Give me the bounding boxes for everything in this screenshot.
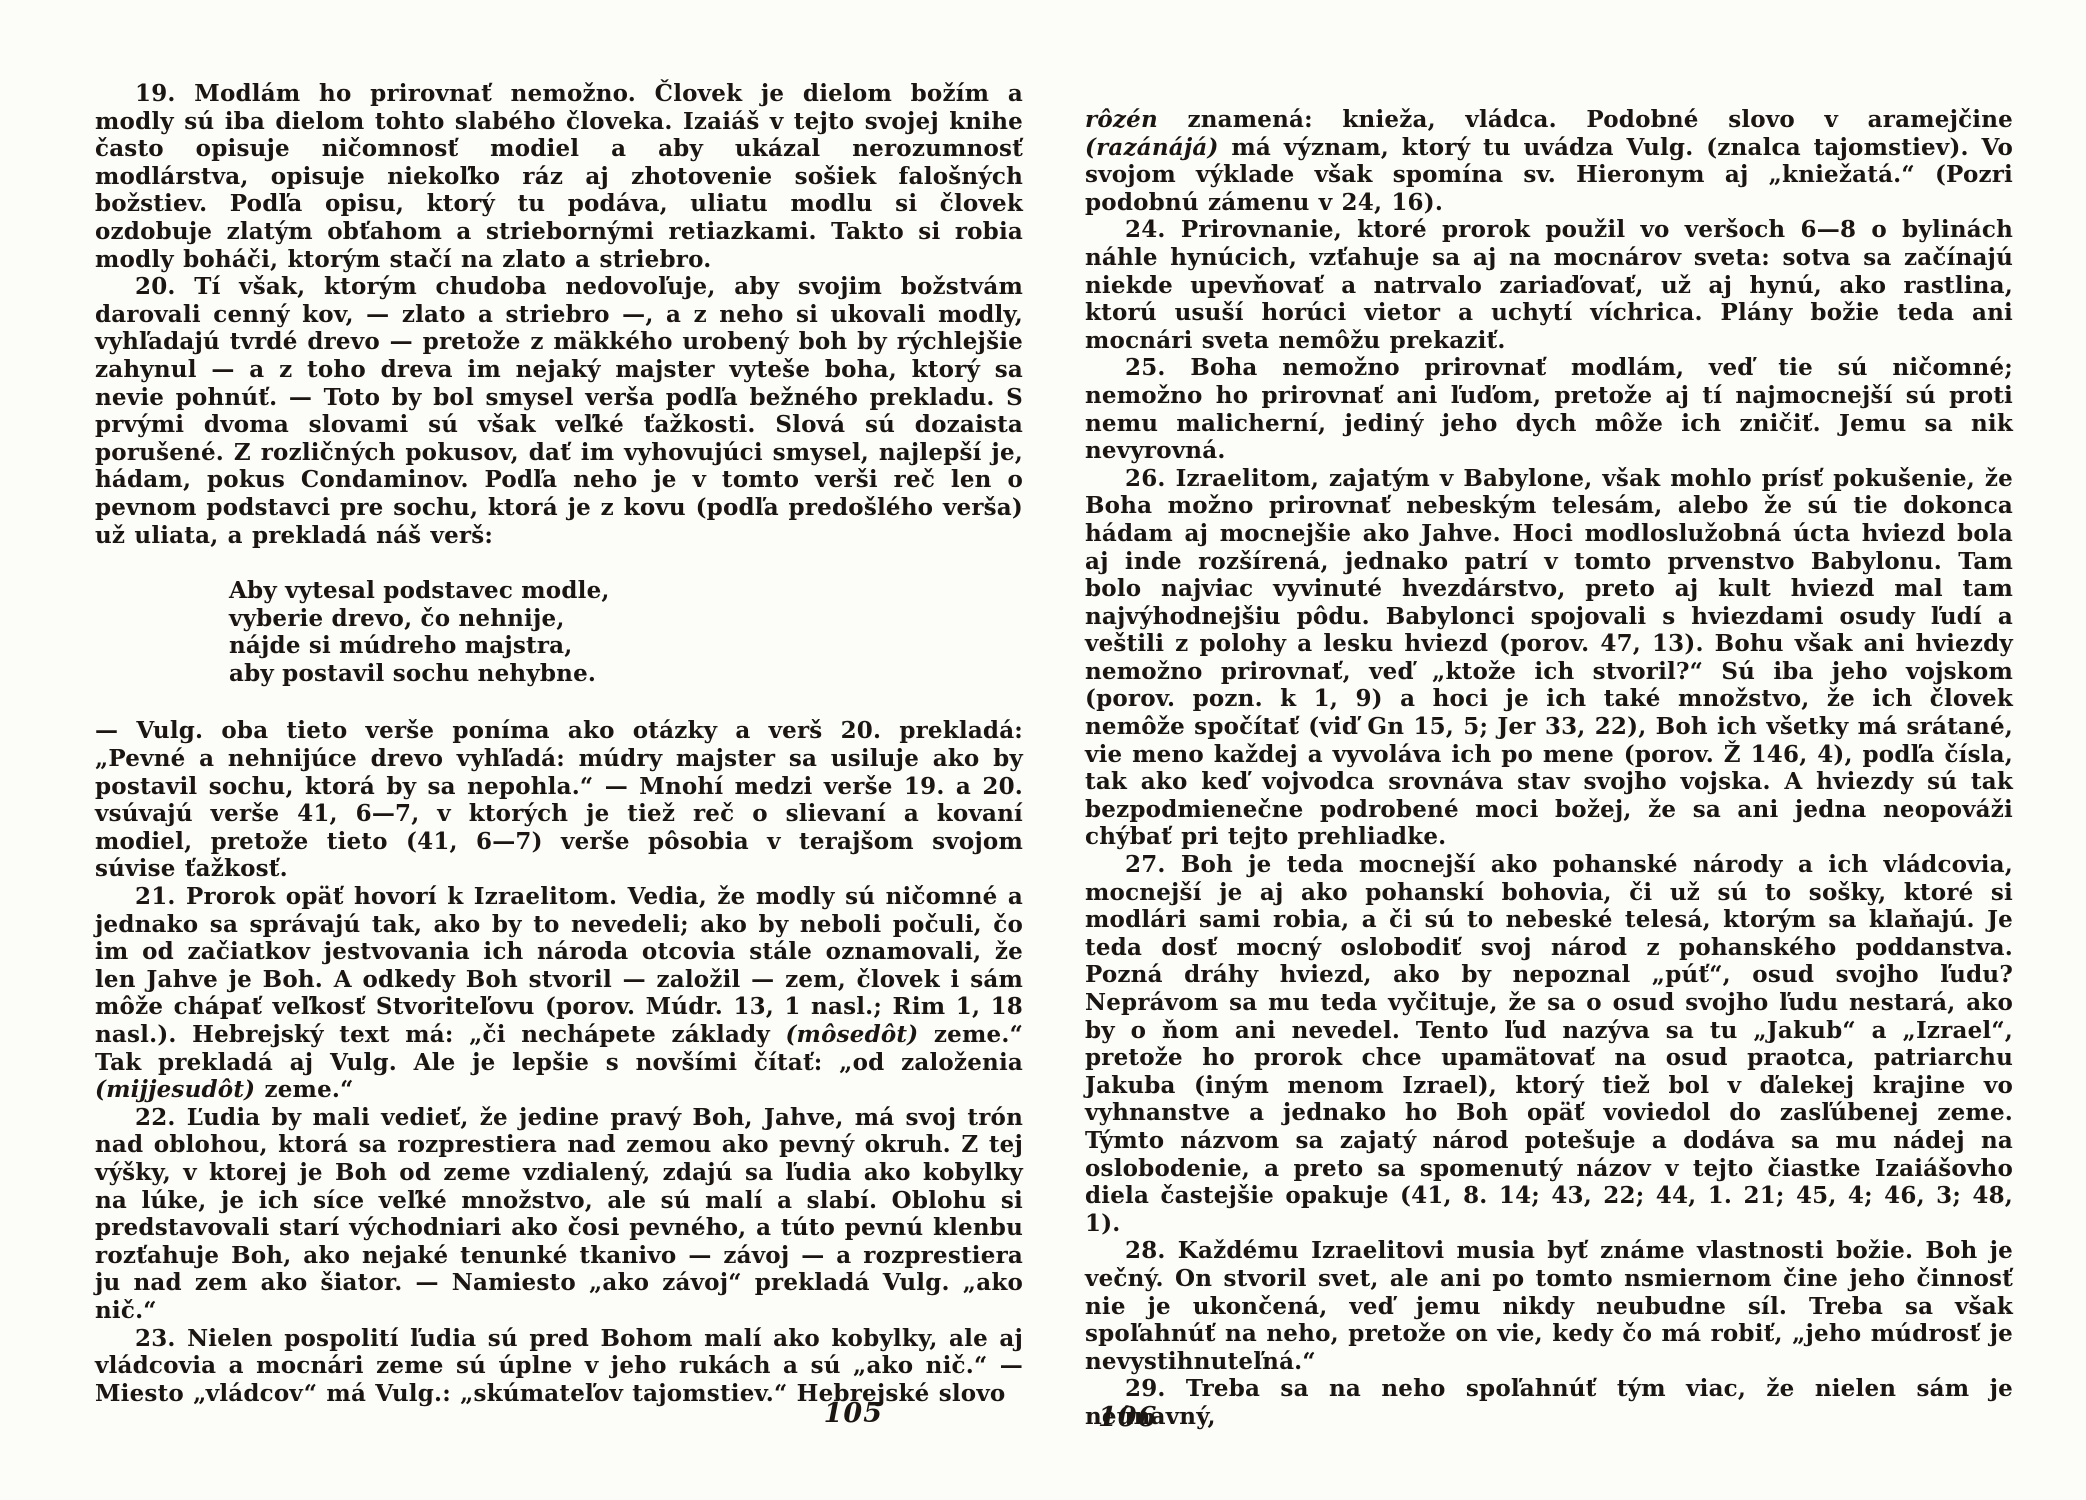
page-number-right: 106	[1098, 1402, 1157, 1433]
paragraph-21: 21. Prorok opäť hovorí k Izraelitom. Ved…	[95, 883, 1023, 1104]
verse-line: vyberie drevo, čo nehnije,	[229, 605, 1023, 633]
verse-line: aby postavil sochu nehybne.	[229, 660, 1023, 688]
page-right: rôzén znamená: knieža, vládca. Podobné s…	[1085, 0, 2013, 1431]
paragraph-23-continued: rôzén znamená: knieža, vládca. Podobné s…	[1085, 106, 2013, 216]
paragraph-24: 24. Prirovnanie, ktoré prorok použil vo …	[1085, 216, 2013, 354]
verse-line: nájde si múdreho majstra,	[229, 632, 1023, 660]
book-spread: 19. Modlám ho prirovnať nemožno. Človek …	[0, 0, 2086, 1500]
verse-line: Aby vytesal podstavec modle,	[229, 577, 1023, 605]
page-left: 19. Modlám ho prirovnať nemožno. Človek …	[95, 0, 1023, 1407]
paragraph-23: 23. Nielen pospolití ľudia sú pred Bohom…	[95, 1325, 1023, 1408]
paragraph-22: 22. Ľudia by mali vedieť, že jedine prav…	[95, 1104, 1023, 1325]
paragraph-27: 27. Boh je teda mocnejší ako pohanské ná…	[1085, 851, 2013, 1237]
verse-block: Aby vytesal podstavec modle, vyberie dre…	[229, 577, 1023, 687]
paragraph-29: 29. Treba sa na neho spoľahnúť tým viac,…	[1085, 1375, 2013, 1430]
paragraph-20: 20. Tí však, ktorým chudoba nedovoľuje, …	[95, 273, 1023, 549]
paragraph-25: 25. Boha nemožno prirovnať modlám, veď t…	[1085, 354, 2013, 464]
paragraph-28: 28. Každému Izraelitovi musia byť známe …	[1085, 1237, 2013, 1375]
page-number-left: 105	[95, 1398, 883, 1429]
paragraph-26: 26. Izraelitom, zajatým v Babylone, však…	[1085, 465, 2013, 851]
paragraph-19: 19. Modlám ho prirovnať nemožno. Človek …	[95, 80, 1023, 273]
paragraph-vulgate-note: — Vulg. oba tieto verše poníma ako otázk…	[95, 717, 1023, 883]
